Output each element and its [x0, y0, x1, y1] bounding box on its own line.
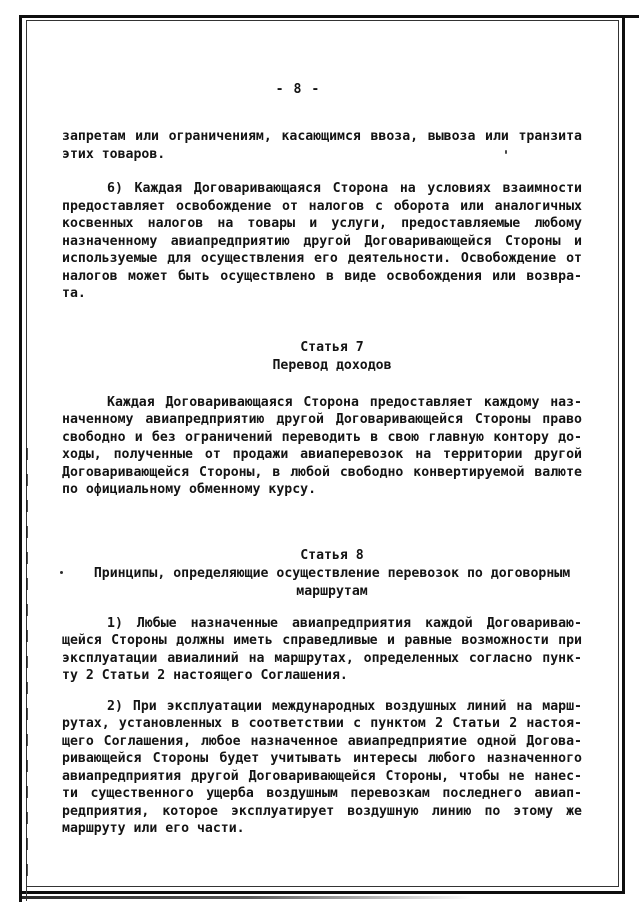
text-line: наченному авиапредприятию другой Договар…	[62, 411, 582, 429]
article7-heading: Статья 7Перевод доходов	[72, 339, 592, 375]
text-line: Каждая Договаривающаяся Сторона предоста…	[62, 394, 582, 412]
text-line: щего Соглашения, любое назначенное авиап…	[62, 733, 582, 751]
document-body: запретам или ограничениям, касающимся вв…	[62, 128, 582, 838]
text-line: та.	[62, 285, 582, 303]
text-line: косвенных налогов на товары и услуги, пр…	[62, 215, 582, 233]
text-line: ходы, полученные от продажи авиаперевозо…	[62, 446, 582, 464]
text-line: свободно и без ограничений переводить в …	[62, 429, 582, 447]
article8-paragraph-1: 1) Любые назначенные авиапредприятия каж…	[62, 615, 582, 685]
scan-artifact-top-line-extension	[625, 15, 639, 18]
text-line: маршрутам	[72, 583, 592, 601]
text-line: назначенному авиапредприятию другой Дого…	[62, 233, 582, 251]
article8-paragraph-2: 2) При эксплуатации международных воздуш…	[62, 698, 582, 838]
text-line: Статья 7	[72, 339, 592, 357]
page-number: - 8 -	[38, 80, 558, 99]
text-line: Статья 8	[72, 547, 592, 565]
scan-artifact-bottom-shadow	[22, 896, 522, 899]
text-line: запретам или ограничениям, касающимся вв…	[62, 128, 582, 146]
intro-paragraph: запретам или ограничениям, касающимся вв…	[62, 128, 582, 163]
text-line: по официальному обменному курсу.	[62, 481, 582, 499]
text-line: предоставляет освобождение от налогов с …	[62, 198, 582, 216]
text-line: щейся Стороны должны иметь справедливые …	[62, 632, 582, 650]
text-line: этих товаров.	[62, 146, 582, 164]
text-line: 6) Каждая Договаривающаяся Сторона на ус…	[62, 180, 582, 198]
text-line: маршруту или его части.	[62, 820, 582, 838]
text-line: используемые для осуществления его деяте…	[62, 250, 582, 268]
text-line: ривающейся Стороны будет учитывать интер…	[62, 750, 582, 768]
text-line: налогов может быть осуществлено в виде о…	[62, 268, 582, 286]
text-line: Принципы, определяющие осуществление пер…	[72, 565, 592, 583]
text-line: ту 2 Статьи 2 настоящего Соглашения.	[62, 667, 582, 685]
text-line: 2) При эксплуатации международных воздуш…	[62, 698, 582, 716]
tax-paragraph: 6) Каждая Договаривающаяся Сторона на ус…	[62, 180, 582, 303]
article7-paragraph: Каждая Договаривающаяся Сторона предоста…	[62, 394, 582, 499]
text-line: Перевод доходов	[72, 357, 592, 375]
scan-artifact-left-border-dashes	[26, 448, 28, 886]
document-page: - 8 - запретам или ограничениям, касающи…	[62, 0, 582, 838]
text-line: редприятия, которое эксплуатирует воздуш…	[62, 803, 582, 821]
text-line: рутах, установленных в соответствии с пу…	[62, 715, 582, 733]
text-line: эксплуатации авиалиний на маршрутах, опр…	[62, 650, 582, 668]
article8-heading: Статья 8Принципы, определяющие осуществл…	[72, 547, 592, 601]
text-line: ти существенного ущерба воздушным перево…	[62, 785, 582, 803]
text-line: авиапредприятия другой Договаривающейся …	[62, 768, 582, 786]
text-line: Договаривающейся Стороны, в любой свобод…	[62, 464, 582, 482]
text-line: 1) Любые назначенные авиапредприятия каж…	[62, 615, 582, 633]
